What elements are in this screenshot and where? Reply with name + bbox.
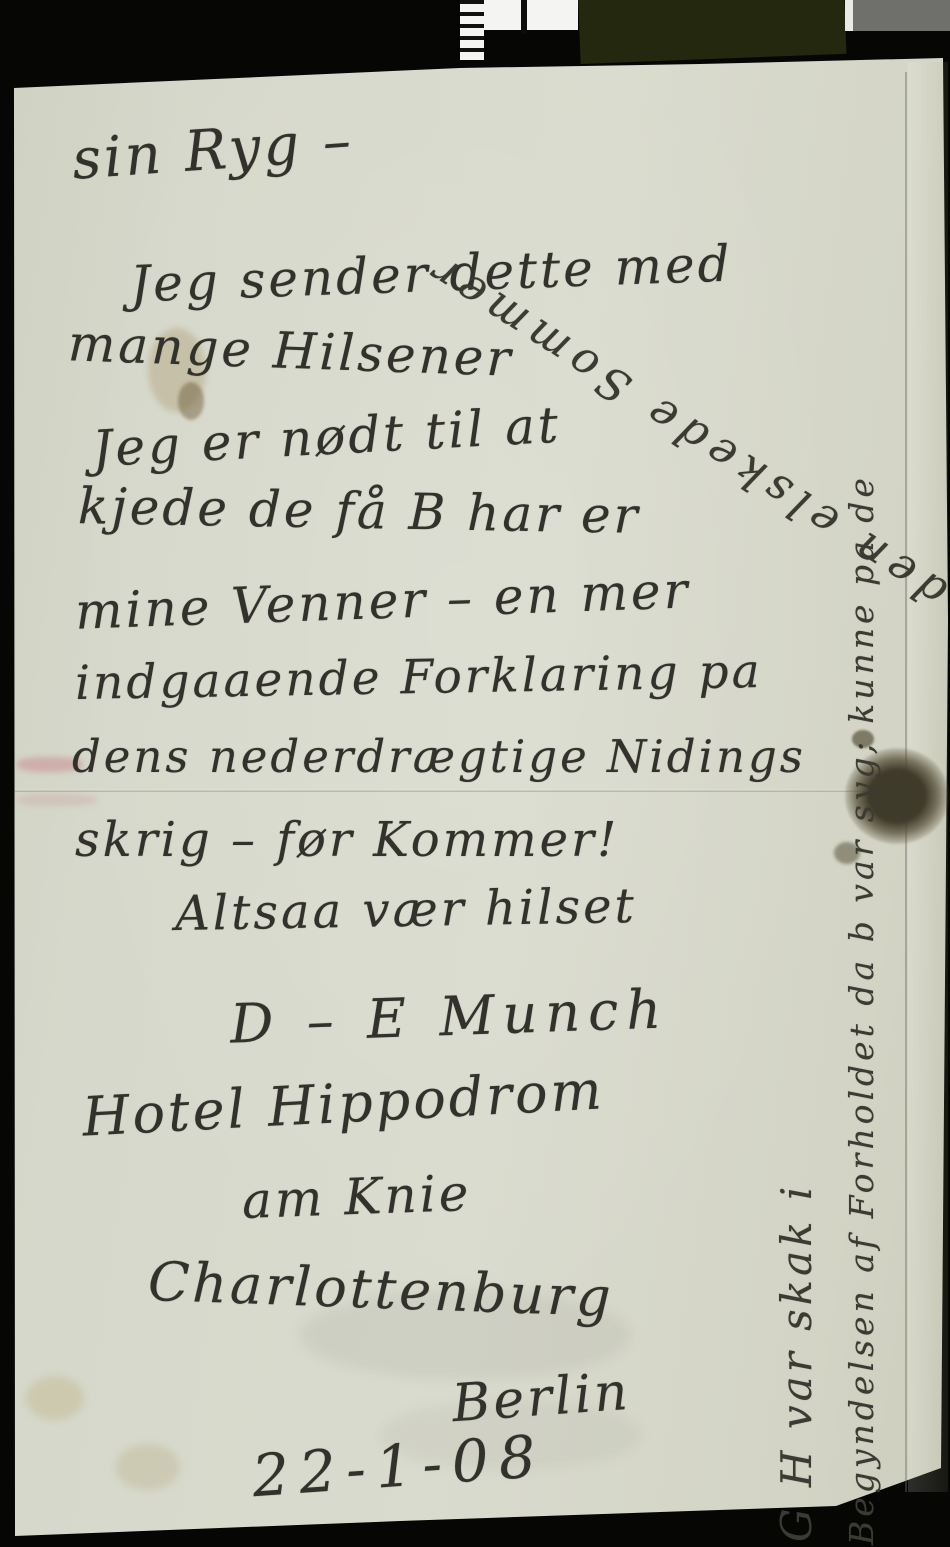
margin-note-outer-column: Begyndelsen af Forholdet da b var syg; k…	[842, 474, 881, 1545]
olive-color-card	[578, 0, 846, 64]
handwriting-line: kjede de få B har er	[78, 477, 641, 545]
gray-color-card	[853, 0, 950, 31]
handwriting-line: dens nederdrægtige Nidings	[72, 730, 806, 783]
address-line-street: am Knie	[241, 1164, 472, 1230]
handwriting-line: Altsaa vær hilset	[175, 878, 638, 942]
calibration-ruler-bar	[521, 0, 527, 34]
calibration-ruler-ticks	[460, 0, 484, 60]
white-card-edge	[845, 0, 853, 31]
margin-note-inner-column: G H var skak i	[772, 1183, 821, 1542]
handwriting-line: skrig – før Kommer!	[75, 812, 619, 868]
